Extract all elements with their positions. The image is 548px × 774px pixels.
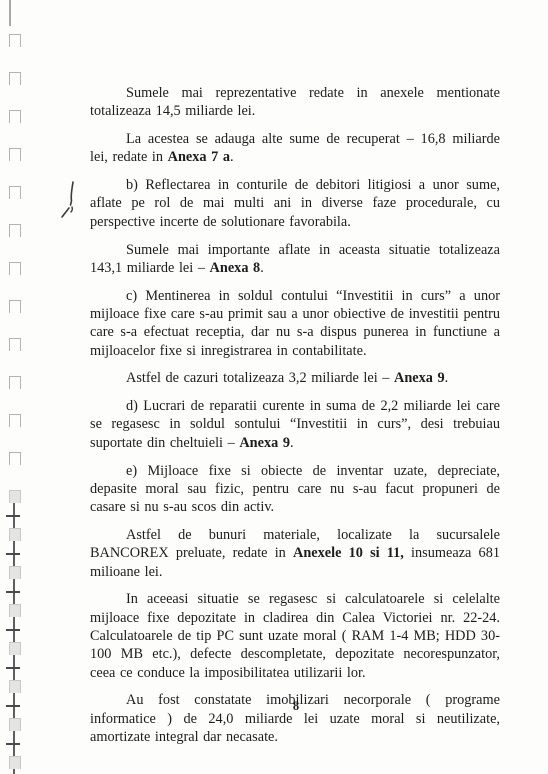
text-run: . bbox=[230, 149, 234, 165]
text-run: . bbox=[260, 260, 264, 276]
handwritten-check-mark bbox=[59, 180, 83, 220]
text-run: c) Mentinerea in soldul contului “Invest… bbox=[90, 288, 500, 359]
annex-reference: Anexele 10 si 11, bbox=[293, 545, 404, 561]
binding-bracket-mark bbox=[9, 490, 21, 503]
text-run: . bbox=[290, 435, 294, 451]
binding-bracket-mark bbox=[9, 110, 21, 123]
binding-bracket-mark bbox=[9, 186, 21, 199]
binding-bracket-mark bbox=[9, 300, 21, 313]
binding-bracket-mark bbox=[9, 528, 21, 541]
binding-bracket-mark bbox=[9, 604, 21, 617]
paragraph-8: e) Mijloace fixe si obiecte de inventar … bbox=[90, 462, 500, 517]
text-run: b) Reflectarea in conturile de debitori … bbox=[90, 177, 500, 230]
annex-reference: Anexa 8 bbox=[210, 260, 261, 276]
paragraph-3: b) Reflectarea in conturile de debitori … bbox=[90, 176, 500, 231]
text-run: e) Mijloace fixe si obiecte de inventar … bbox=[90, 463, 500, 516]
paragraph-6: Astfel de cazuri totalizeaza 3,2 miliard… bbox=[90, 369, 500, 387]
binding-tick-mark bbox=[6, 591, 20, 593]
text-run: Astfel de cazuri totalizeaza 3,2 miliard… bbox=[126, 370, 394, 386]
binding-bracket-mark bbox=[9, 642, 21, 655]
binding-bracket-mark bbox=[9, 148, 21, 161]
binding-bracket-mark bbox=[9, 566, 21, 579]
text-run: Sumele mai reprezentative redate in anex… bbox=[90, 85, 500, 119]
paragraph-4: Sumele mai importante aflate in aceasta … bbox=[90, 241, 500, 278]
binding-bracket-mark bbox=[9, 72, 21, 85]
binding-tick-mark bbox=[6, 553, 20, 555]
binding-tick-mark bbox=[6, 629, 20, 631]
document-body: Sumele mai reprezentative redate in anex… bbox=[90, 84, 500, 756]
paragraph-7: d) Lucrari de reparatii curente in suma … bbox=[90, 397, 500, 452]
text-run: In aceeasi situatie se regasesc si calcu… bbox=[90, 591, 500, 680]
scanned-page: Sumele mai reprezentative redate in anex… bbox=[0, 0, 548, 774]
paragraph-2: La acestea se adauga alte sume de recupe… bbox=[90, 130, 500, 167]
binding-bracket-mark bbox=[9, 680, 21, 693]
binding-tick-mark bbox=[6, 743, 20, 745]
text-run: Sumele mai importante aflate in aceasta … bbox=[90, 242, 500, 276]
text-run: d) Lucrari de reparatii curente in suma … bbox=[90, 398, 500, 451]
paragraph-5: c) Mentinerea in soldul contului “Invest… bbox=[90, 287, 500, 360]
binding-bracket-mark bbox=[9, 34, 21, 47]
binding-tick-mark bbox=[6, 515, 20, 517]
text-run: . bbox=[445, 370, 449, 386]
binding-bracket-mark bbox=[9, 262, 21, 275]
paragraph-10: In aceeasi situatie se regasesc si calcu… bbox=[90, 590, 500, 681]
binding-bracket-mark bbox=[9, 414, 21, 427]
page-number: 8 bbox=[0, 699, 548, 714]
annex-reference: Anexa 9 bbox=[394, 370, 445, 386]
binding-bracket-mark bbox=[9, 756, 21, 769]
annex-reference: Anexa 9 bbox=[239, 435, 290, 451]
scan-edge-line bbox=[9, 0, 11, 26]
binding-tick-mark bbox=[6, 667, 20, 669]
annex-reference: Anexa 7 a bbox=[168, 149, 230, 165]
text-run: La acestea se adauga alte sume de recupe… bbox=[90, 131, 500, 165]
binding-bracket-mark bbox=[9, 338, 21, 351]
binding-bracket-mark bbox=[9, 224, 21, 237]
binding-bracket-mark bbox=[9, 718, 21, 731]
binding-bracket-mark bbox=[9, 376, 21, 389]
binding-marks bbox=[0, 0, 40, 774]
binding-bracket-mark bbox=[9, 452, 21, 465]
paragraph-1: Sumele mai reprezentative redate in anex… bbox=[90, 84, 500, 121]
paragraph-9: Astfel de bunuri materiale, localizate l… bbox=[90, 526, 500, 581]
